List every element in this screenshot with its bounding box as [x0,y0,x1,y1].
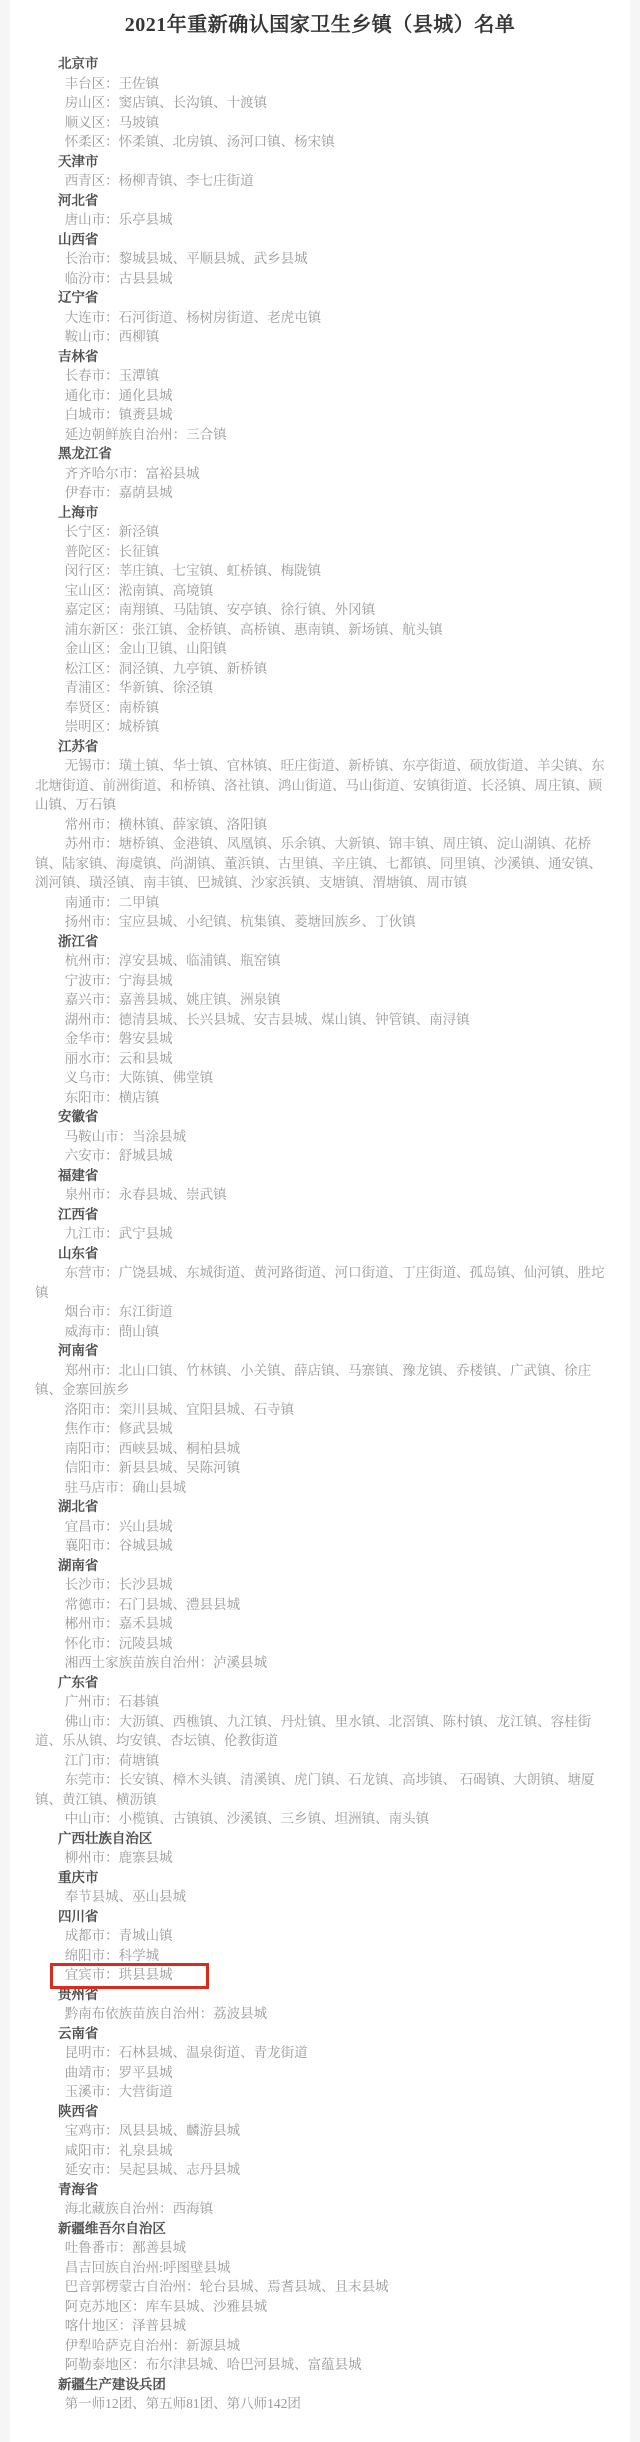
list-row: 宝鸡市：凤县县城、麟游县城 [35,2121,605,2141]
list-row: 通化市：通化县城 [35,386,605,406]
list-row: 普陀区：长征镇 [35,542,605,562]
list-row: 义乌市：大陈镇、佛堂镇 [35,1068,605,1088]
province-header: 湖北省 [35,1497,605,1517]
list-row: 唐山市：乐亭县城 [35,210,605,230]
province-header: 云南省 [35,2024,605,2044]
list-row: 信阳市：新县县城、吴陈河镇 [35,1458,605,1478]
list-row: 郑州市：北山口镇、竹林镇、小关镇、薛店镇、马寨镇、豫龙镇、乔楼镇、广武镇、徐庄镇… [35,1361,605,1400]
list-row: 延边朝鲜族自治州：三合镇 [35,425,605,445]
list-row: 长宁区：新泾镇 [35,522,605,542]
list-row: 宝山区：淞南镇、高境镇 [35,581,605,601]
list-row: 丰台区：王佐镇 [35,74,605,94]
province-header: 新疆生产建设兵团 [35,2375,605,2395]
list-row: 东阳市：横店镇 [35,1088,605,1108]
list-row: 咸阳市：礼泉县城 [35,2141,605,2161]
list-row: 阿克苏地区：库车县城、沙雅县城 [35,2297,605,2317]
list-row: 房山区：窦店镇、长沟镇、十渡镇 [35,93,605,113]
list-row: 九江市：武宁县城 [35,1224,605,1244]
list-row: 泉州市：永春县城、崇武镇 [35,1185,605,1205]
list-row: 嘉定区：南翔镇、马陆镇、安亭镇、徐行镇、外冈镇 [35,600,605,620]
list-row: 巴音郭楞蒙古自治州：轮台县城、焉耆县城、且末县城 [35,2277,605,2297]
list-row: 长春市：玉潭镇 [35,366,605,386]
document-page: 2021年重新确认国家卫生乡镇（县城）名单 北京市丰台区：王佐镇房山区：窦店镇、… [0,0,640,2442]
list-row: 昆明市：石林县城、温泉街道、青龙街道 [35,2043,605,2063]
list-row: 郴州市：嘉禾县城 [35,1614,605,1634]
list-row: 焦作市：修武县城 [35,1419,605,1439]
list-row: 湘西土家族苗族自治州：泸溪县城 [35,1653,605,1673]
list-row: 东莞市：长安镇、樟木头镇、清溪镇、虎门镇、石龙镇、高埗镇、 石碣镇、大朗镇、塘厦… [35,1770,605,1809]
list-row: 金山区：金山卫镇、山阳镇 [35,639,605,659]
list-row: 玉溪市：大营街道 [35,2082,605,2102]
list-row: 成都市：青城山镇 [35,1926,605,1946]
province-header: 山东省 [35,1244,605,1264]
list-row: 丽水市：云和县城 [35,1049,605,1069]
list-row: 马鞍山市：当涂县城 [35,1127,605,1147]
list-row: 长沙市：长沙县城 [35,1575,605,1595]
list-row: 齐齐哈尔市：富裕县城 [35,464,605,484]
list-row: 黔南布依族苗族自治州：荔波县城 [35,2004,605,2024]
list-row: 昌吉回族自治州:呼图壁县城 [35,2258,605,2278]
list-row: 湖州市：德清县城、长兴县城、安吉县城、煤山镇、钟管镇、南浔镇 [35,1010,605,1030]
list-row: 阿勒泰地区：布尔津县城、哈巴河县城、富蕴县城 [35,2355,605,2375]
province-header: 北京市 [35,54,605,74]
list-row: 伊春市：嘉荫县城 [35,483,605,503]
list-row: 浦东新区：张江镇、金桥镇、高桥镇、惠南镇、新场镇、航头镇 [35,620,605,640]
list-row: 常州市：横林镇、薛家镇、洛阳镇 [35,815,605,835]
province-header: 重庆市 [35,1868,605,1888]
list-row: 喀什地区：泽普县城 [35,2316,605,2336]
list-row: 海北藏族自治州：西海镇 [35,2199,605,2219]
list-row: 襄阳市：谷城县城 [35,1536,605,1556]
list-row: 柳州市：鹿寨县城 [35,1848,605,1868]
list-row: 绵阳市：科学城 [35,1946,605,1966]
list-row: 松江区：洞泾镇、九亭镇、新桥镇 [35,659,605,679]
document-body: 北京市丰台区：王佐镇房山区：窦店镇、长沟镇、十渡镇顺义区：马坡镇怀柔区：怀柔镇、… [35,54,605,2414]
province-header: 河南省 [35,1341,605,1361]
province-header: 陕西省 [35,2102,605,2122]
list-row: 嘉兴市：嘉善县城、姚庄镇、洲泉镇 [35,990,605,1010]
page-title: 2021年重新确认国家卫生乡镇（县城）名单 [35,12,605,39]
province-header: 黑龙江省 [35,444,605,464]
list-row: 吐鲁番市：鄯善县城 [35,2238,605,2258]
province-header: 新疆维吾尔自治区 [35,2219,605,2239]
list-row: 第一师12团、第五师81团、第八师142团 [35,2394,605,2414]
province-header: 上海市 [35,503,605,523]
list-row: 怀柔区：怀柔镇、北房镇、汤河口镇、杨宋镇 [35,132,605,152]
list-row: 南通市：二甲镇 [35,893,605,913]
province-header: 青海省 [35,2180,605,2200]
list-row: 中山市：小榄镇、古镇镇、沙溪镇、三乡镇、坦洲镇、南头镇 [35,1809,605,1829]
list-row: 奉贤区：南桥镇 [35,698,605,718]
province-header: 河北省 [35,191,605,211]
list-row: 白城市：镇赉县城 [35,405,605,425]
province-header: 安徽省 [35,1107,605,1127]
list-row: 杭州市：淳安县城、临浦镇、瓶窑镇 [35,951,605,971]
list-row: 南阳市：西峡县城、桐柏县城 [35,1439,605,1459]
province-header: 辽宁省 [35,288,605,308]
list-row: 扬州市：宝应县城、小纪镇、杭集镇、菱塘回族乡、丁伙镇 [35,912,605,932]
province-header: 广东省 [35,1673,605,1693]
list-row: 顺义区：马坡镇 [35,113,605,133]
list-row: 大连市：石河街道、杨树房街道、老虎屯镇 [35,308,605,328]
list-row: 伊犁哈萨克自治州：新源县城 [35,2336,605,2356]
list-row: 长治市：黎城县城、平顺县城、武乡县城 [35,249,605,269]
province-header: 天津市 [35,152,605,172]
list-row: 宜昌市：兴山县城 [35,1517,605,1537]
list-row: 江门市：荷塘镇 [35,1751,605,1771]
list-row: 崇明区：城桥镇 [35,717,605,737]
list-row: 曲靖市：罗平县城 [35,2063,605,2083]
list-row: 无锡市：璜土镇、华士镇、官林镇、旺庄街道、新桥镇、东亭街道、硕放街道、羊尖镇、东… [35,756,605,815]
list-row: 六安市：舒城县城 [35,1146,605,1166]
province-header: 江苏省 [35,737,605,757]
list-row: 奉节县城、巫山县城 [35,1887,605,1907]
list-row: 西青区：杨柳青镇、李七庄街道 [35,171,605,191]
list-row: 佛山市：大沥镇、西樵镇、九江镇、丹灶镇、里水镇、北滘镇、陈村镇、龙江镇、容桂街道… [35,1712,605,1751]
list-row: 怀化市：沅陵县城 [35,1634,605,1654]
list-row: 闵行区：莘庄镇、七宝镇、虹桥镇、梅陇镇 [35,561,605,581]
list-row: 金华市：磐安县城 [35,1029,605,1049]
list-row: 宜宾市：珙县县城 [35,1965,605,1985]
list-row: 延安市：吴起县城、志丹县城 [35,2160,605,2180]
province-header: 贵州省 [35,1985,605,2005]
list-row: 常德市：石门县城、澧县县城 [35,1595,605,1615]
province-header: 广西壮族自治区 [35,1829,605,1849]
province-header: 浙江省 [35,932,605,952]
province-header: 福建省 [35,1166,605,1186]
list-row: 洛阳市：栾川县城、宜阳县城、石寺镇 [35,1400,605,1420]
list-row: 东营市：广饶县城、东城街道、黄河路街道、河口街道、丁庄街道、孤岛镇、仙河镇、胜坨… [35,1263,605,1302]
province-header: 山西省 [35,230,605,250]
province-header: 吉林省 [35,347,605,367]
list-row: 烟台市：东江街道 [35,1302,605,1322]
list-row: 苏州市：塘桥镇、金港镇、凤凰镇、乐余镇、大新镇、锦丰镇、周庄镇、淀山湖镇、花桥镇… [35,834,605,893]
province-header: 四川省 [35,1907,605,1927]
list-row: 鞍山市：西柳镇 [35,327,605,347]
province-header: 湖南省 [35,1556,605,1576]
province-header: 江西省 [35,1205,605,1225]
list-row: 临汾市：古县县城 [35,269,605,289]
list-row: 驻马店市：确山县城 [35,1478,605,1498]
list-row: 广州市：石碁镇 [35,1692,605,1712]
list-row: 青浦区：华新镇、徐泾镇 [35,678,605,698]
list-row: 威海市：蔄山镇 [35,1322,605,1342]
list-row: 宁波市：宁海县城 [35,971,605,991]
